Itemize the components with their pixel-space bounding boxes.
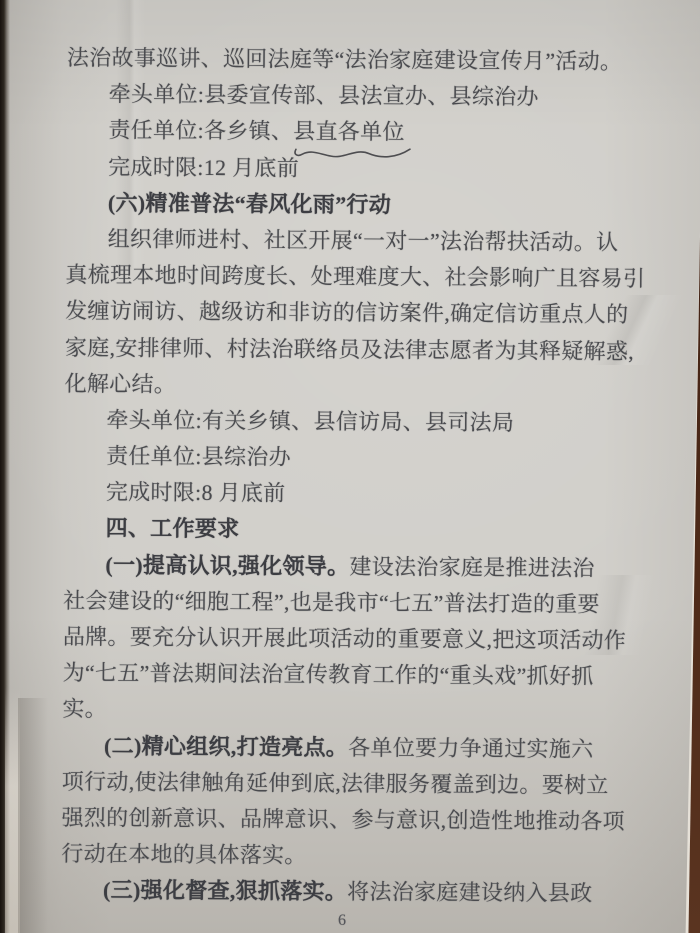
text-segment: 各单位要力争通过实施六: [348, 735, 593, 762]
text-line: 发缠访闹访、越级访和非访的信访案件,确定信访重点人的: [65, 293, 649, 333]
text-segment: 牵头单位:县委宣传部、县法宣办、县综治办: [109, 81, 539, 109]
text-line: 责任单位:县综治办: [64, 438, 648, 478]
text-line: (六)精准普法“春风化雨”行动: [66, 185, 650, 225]
text-line: 品牌。要充分认识开展此项活动的重要意义,把这项活动作: [63, 619, 647, 659]
bold-text-segment: 四、工作要求: [106, 516, 240, 542]
text-segment: 实。: [62, 696, 107, 721]
text-line: 牵头单位:有关乡镇、县信访局、县司法局: [64, 402, 648, 442]
text-line: (三)强化督查,狠抓落实。将法治家庭建设纳入县政: [61, 872, 645, 912]
text-segment: 品牌。要充分认识开展此项活动的重要意义,把这项活动作: [63, 624, 626, 653]
text-segment: 将法治家庭建设纳入县政: [347, 879, 592, 906]
text-segment: 责任单位:各乡镇、: [108, 118, 293, 144]
text-segment: 组织律师进村、社区开展“一对一”法治帮扶活动。认: [108, 226, 619, 255]
document-text-body: 法治故事巡讲、巡回法庭等“法治家庭建设宣传月”活动。牵头单位:县委宣传部、县法宣…: [61, 40, 651, 913]
text-line: 家庭,安排律师、村法治联络员及法律志愿者为其释疑解惑,: [65, 329, 649, 369]
text-segment: 社会建设的“细胞工程”,也是我市“七五”普法打造的重要: [63, 588, 600, 617]
text-line: 实。: [62, 691, 646, 731]
text-segment: 完成时限:12 月底前: [108, 154, 299, 180]
bold-text-segment: (六)精准普法“春风化雨”行动: [108, 190, 391, 217]
text-line: 完成时限:8 月底前: [64, 474, 648, 514]
text-line: (二)精心组织,打造亮点。各单位要力争通过实施六: [62, 728, 646, 768]
text-segment: 家庭,安排律师、村法治联络员及法律志愿者为其释疑解惑,: [65, 334, 634, 363]
text-line: 四、工作要求: [64, 510, 648, 550]
text-line: 行动在本地的具体落实。: [61, 836, 645, 876]
text-line: 项行动,使法律触角延伸到底,法律服务覆盖到边。要树立: [62, 764, 646, 804]
text-segment: 化解心结。: [65, 371, 177, 397]
text-segment: 法治故事巡讲、巡回法庭等“法治家庭建设宣传月”活动。: [67, 45, 623, 74]
text-segment: 行动在本地的具体落实。: [61, 841, 306, 868]
text-line: 责任单位:各乡镇、县直各单位: [66, 112, 650, 152]
text-line: 为“七五”普法期间法治宣传教育工作的“重头戏”抓好抓: [62, 655, 646, 695]
text-segment: 真梳理本地时间跨度长、处理难度大、社会影响广且容易引: [65, 262, 645, 291]
table-surface-right: [682, 0, 700, 933]
text-segment: 牵头单位:有关乡镇、县信访局、县司法局: [106, 407, 514, 435]
page-number: 6: [338, 912, 346, 930]
text-line: 化解心结。: [65, 366, 649, 406]
bold-text-segment: (一)提高认识,强化领导。: [105, 552, 349, 579]
text-segment: 为“七五”普法期间法治宣传教育工作的“重头戏”抓好抓: [63, 660, 594, 689]
paper-left-edge-shadow: [18, 698, 48, 933]
text-segment: 建设法治家庭是推进法治: [349, 554, 594, 581]
text-line: 强烈的创新意识、品牌意识、参与意识,创造性地推动各项: [61, 800, 645, 840]
handwritten-wavy-underline-icon: [289, 145, 413, 161]
text-segment: 强烈的创新意识、品牌意识、参与意识,创造性地推动各项: [62, 805, 625, 834]
bold-text-segment: (三)强化督查,狠抓落实。: [103, 878, 347, 905]
text-segment: 完成时限:8 月底前: [106, 480, 286, 506]
text-line: 社会建设的“细胞工程”,也是我市“七五”普法打造的重要: [63, 583, 647, 623]
text-line: 法治故事巡讲、巡回法庭等“法治家庭建设宣传月”活动。: [67, 40, 651, 80]
text-line: (一)提高认识,强化领导。建设法治家庭是推进法治: [63, 547, 647, 587]
text-line: 真梳理本地时间跨度长、处理难度大、社会影响广且容易引: [65, 257, 649, 297]
text-segment: 发缠访闹访、越级访和非访的信访案件,确定信访重点人的: [65, 298, 628, 327]
bold-text-segment: (二)精心组织,打造亮点。: [104, 733, 348, 760]
wavy-underlined-text: 县直各单位: [293, 114, 405, 151]
text-line: 牵头单位:县委宣传部、县法宣办、县综治办: [67, 76, 651, 116]
text-line: 组织律师进村、社区开展“一对一”法治帮扶活动。认: [66, 221, 650, 261]
text-segment: 责任单位:县综治办: [106, 443, 291, 469]
text-segment: 项行动,使法律触角延伸到底,法律服务覆盖到边。要树立: [62, 769, 609, 798]
document-photo: 法治故事巡讲、巡回法庭等“法治家庭建设宣传月”活动。牵头单位:县委宣传部、县法宣…: [0, 0, 700, 933]
